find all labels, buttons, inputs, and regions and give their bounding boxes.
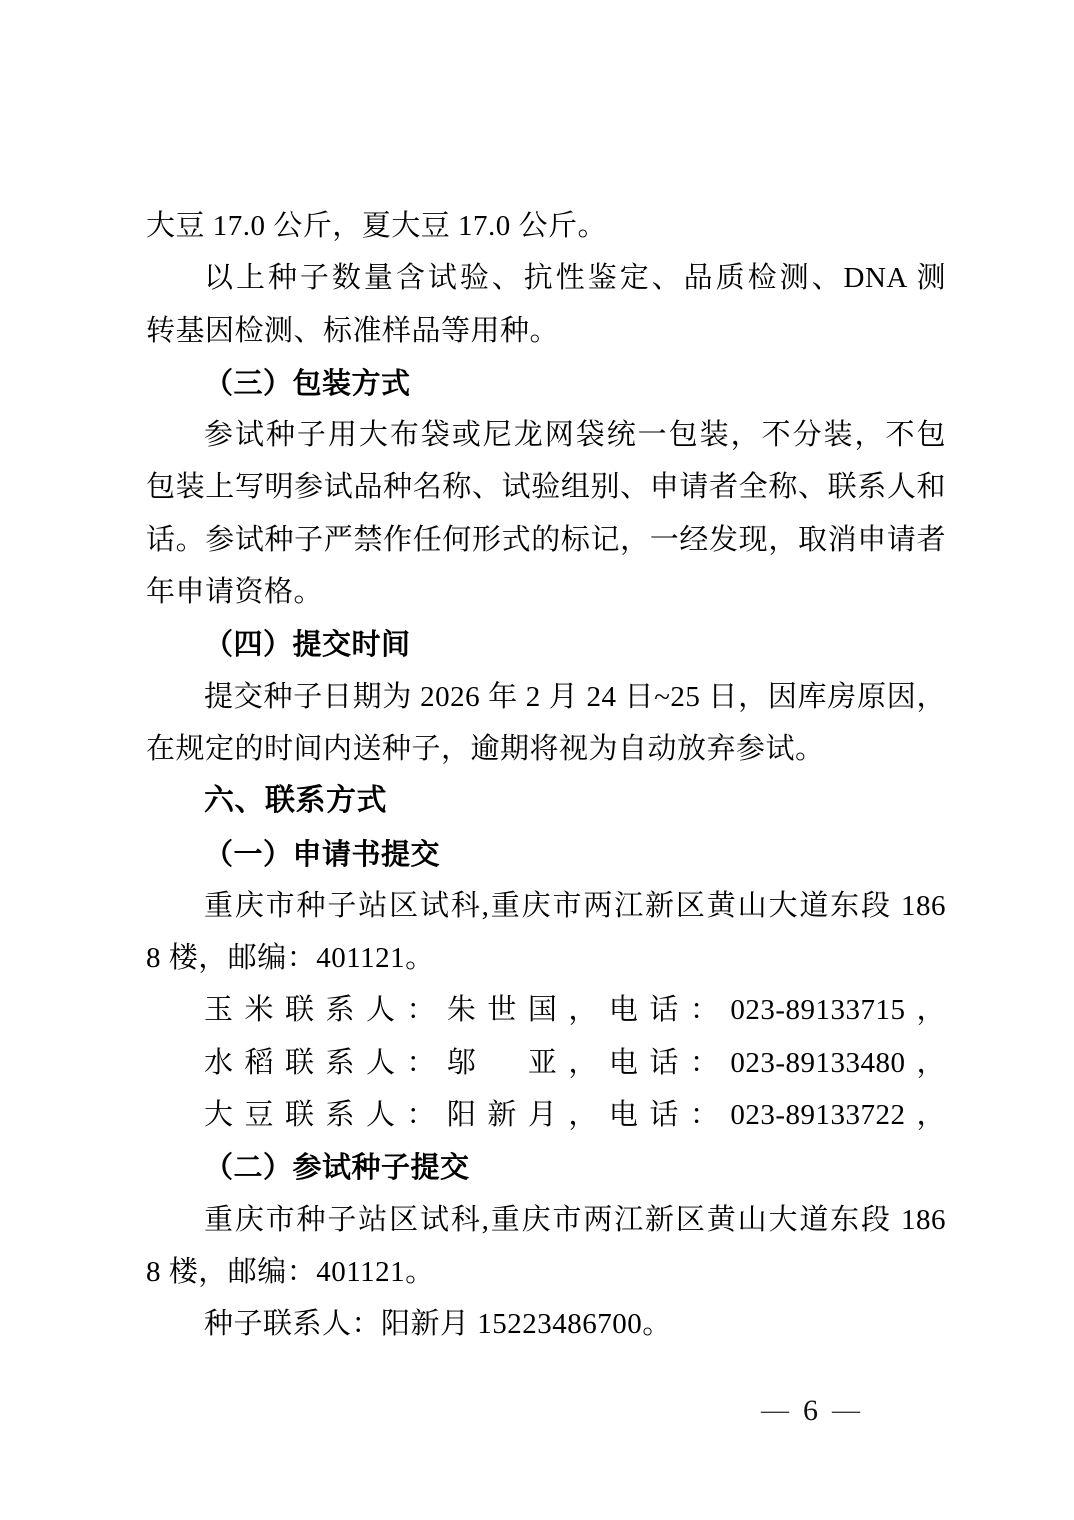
footer-dash-right: — xyxy=(832,1394,860,1428)
text-line: 参试种子用大布袋或尼龙网袋统一包装，不分装，不包衣， xyxy=(146,409,946,461)
text-line: 以上种子数量含试验、抗性鉴定、品质检测、DNA 测试、 xyxy=(146,252,946,304)
text-line: 年申请资格。 xyxy=(146,566,946,618)
section-heading-seed-submit: （二）参试种子提交 xyxy=(146,1141,946,1193)
footer-dash-left: — xyxy=(761,1394,789,1428)
text-line: 包装上写明参试品种名称、试验组别、申请者全称、联系人和电 xyxy=(146,461,946,513)
section-heading-submission-time: （四）提交时间 xyxy=(146,618,946,670)
text-line: 8 楼，邮编：401121。 xyxy=(146,932,946,984)
contact-line-seed: 种子联系人：阳新月 15223486700。 xyxy=(146,1298,946,1350)
page-number: 6 xyxy=(803,1394,818,1428)
text-line: 在规定的时间内送种子，逾期将视为自动放弃参试。 xyxy=(146,723,946,775)
text-line: 提交种子日期为 2026 年 2 月 24 日~25 日，因库房原因，请 xyxy=(146,671,946,723)
contact-line-rice: 水稻联系人：邬 亚，电话：023-89133480，18580530053。 xyxy=(146,1037,946,1089)
section-heading-contact: 六、联系方式 xyxy=(146,775,946,827)
text-line: 重庆市种子站区试科,重庆市两江新区黄山大道东段 186 号 xyxy=(146,880,946,932)
contact-line-soybean: 大豆联系人：阳新月，电话：023-89133722，15223486700。 xyxy=(146,1089,946,1141)
text-line: 8 楼，邮编：401121。 xyxy=(146,1246,946,1298)
text-line: 重庆市种子站区试科,重庆市两江新区黄山大道东段 186 号 xyxy=(146,1194,946,1246)
document-body: 大豆 17.0 公斤，夏大豆 17.0 公斤。 以上种子数量含试验、抗性鉴定、品… xyxy=(146,200,946,1351)
section-heading-packaging: （三）包装方式 xyxy=(146,357,946,409)
text-line: 大豆 17.0 公斤，夏大豆 17.0 公斤。 xyxy=(146,200,946,252)
contact-line-corn: 玉米联系人：朱世国，电话：023-89133715，19923352582。 xyxy=(146,984,946,1036)
page-footer: — 6 — xyxy=(761,1394,860,1428)
section-heading-application-submit: （一）申请书提交 xyxy=(146,828,946,880)
text-line: 转基因检测、标准样品等用种。 xyxy=(146,305,946,357)
document-page: 大豆 17.0 公斤，夏大豆 17.0 公斤。 以上种子数量含试验、抗性鉴定、品… xyxy=(0,0,1074,1520)
text-line: 话。参试种子严禁作任何形式的标记，一经发现，取消申请者三 xyxy=(146,514,946,566)
